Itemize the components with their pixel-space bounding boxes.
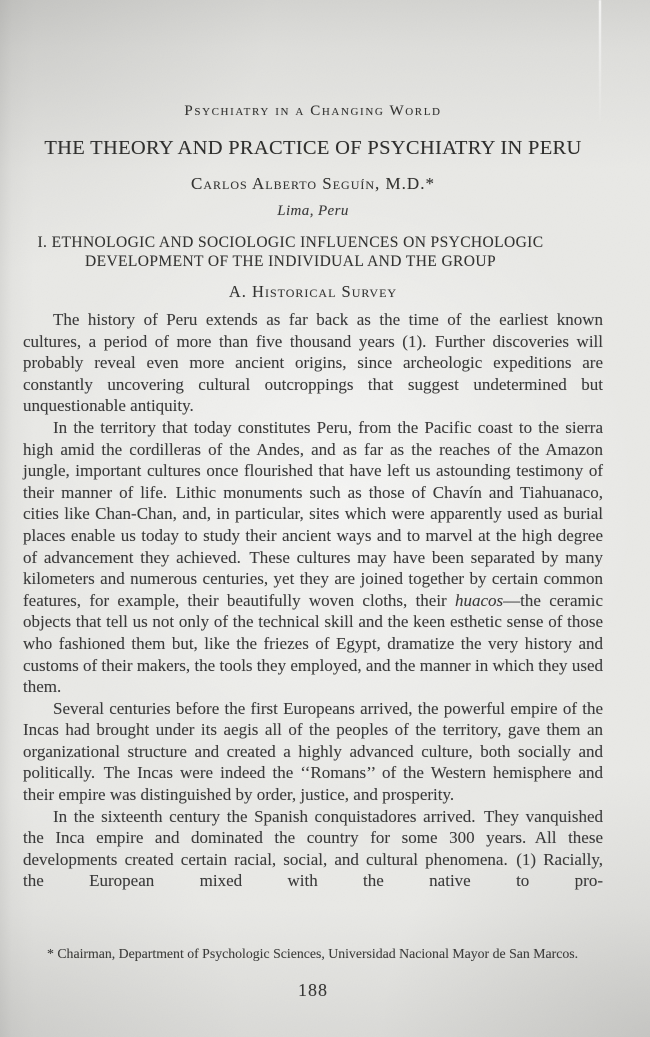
scanned-page: Psychiatry in a Changing World THE THEOR…: [0, 0, 650, 1037]
section-heading-line: I. ETHNOLOGIC AND SOCIOLOGIC INFLUENCES …: [23, 233, 558, 252]
italic-term: huacos: [455, 591, 503, 610]
footnote: * Chairman, Department of Psychologic Sc…: [23, 946, 603, 962]
running-head: Psychiatry in a Changing World: [23, 103, 603, 119]
paragraph: In the territory that today constitutes …: [23, 417, 603, 698]
article-title: THE THEORY AND PRACTICE OF PSYCHIATRY IN…: [23, 136, 603, 160]
text-run: The history of Peru extends as far back …: [23, 310, 603, 415]
paragraph: Several centuries before the first Europ…: [23, 698, 603, 806]
page-content: Psychiatry in a Changing World THE THEOR…: [23, 0, 603, 1037]
paragraph: In the sixteenth century the Spanish con…: [23, 806, 603, 892]
text-run: In the sixteenth century the Spanish con…: [23, 807, 603, 891]
paragraph: The history of Peru extends as far back …: [23, 309, 603, 417]
text-run: Several centuries before the first Europ…: [23, 699, 603, 804]
text-run: In the territory that today constitutes …: [23, 418, 603, 610]
author-byline: Carlos Alberto Seguín, M.D.*: [23, 175, 603, 193]
page-number: 188: [23, 980, 603, 1000]
section-subheading: A. Historical Survey: [23, 283, 603, 300]
author-location: Lima, Peru: [23, 203, 603, 219]
section-heading-line: DEVELOPMENT OF THE INDIVIDUAL AND THE GR…: [23, 252, 558, 271]
section-heading: I. ETHNOLOGIC AND SOCIOLOGIC INFLUENCES …: [23, 233, 558, 271]
body-paragraphs: The history of Peru extends as far back …: [23, 309, 603, 892]
